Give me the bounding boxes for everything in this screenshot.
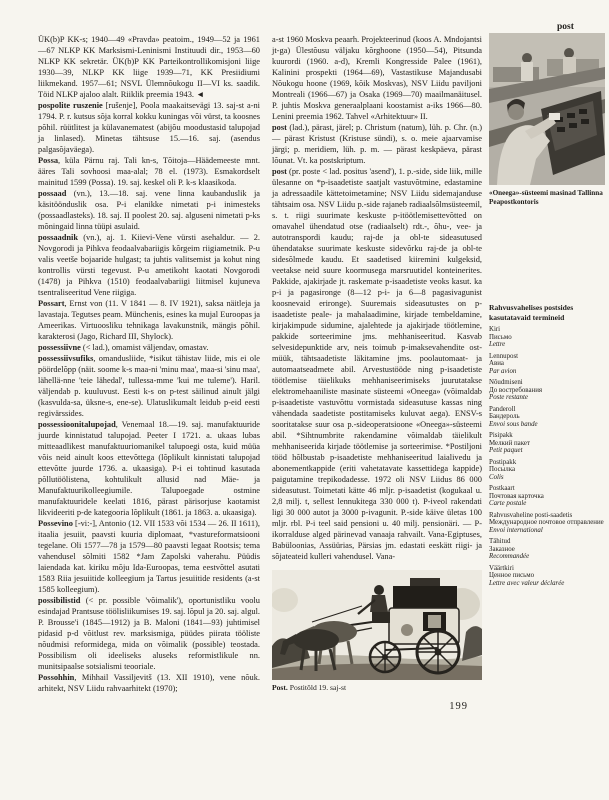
term-french: Envoi international: [489, 527, 605, 535]
term-french: Recommandée: [489, 553, 605, 561]
term-estonian: Lennupost: [489, 353, 605, 361]
term-estonian: Postkaart: [489, 485, 605, 493]
entry-headword: Possohhin: [38, 673, 74, 682]
encyclopedia-page: post ÜK(b)P KK-s; 1940—49 «Pravda» peato…: [0, 0, 609, 800]
entry-text: , omandusliide, *isikut tähistav liide, …: [38, 354, 260, 418]
dictionary-entry: possaad (vn.), 13.—18. saj. vene linna k…: [38, 188, 260, 232]
term-group: Pisipakk Мелкий пакет Petit paquet: [489, 432, 605, 455]
term-estonian: Rahvusvaheline posti-saadetis: [489, 512, 605, 520]
term-french: Poste restante: [489, 394, 605, 402]
entry-text: (< pr. possible 'võimalik'), oportunistl…: [38, 596, 260, 671]
term-french: Petit paquet: [489, 447, 605, 455]
dictionary-entry: possessiivne (< lad.), omamist väljendav…: [38, 342, 260, 353]
middle-column: a-st 1960 Moskva peaarh. Projekteerinud …: [272, 34, 482, 712]
term-russian: Авиа: [489, 360, 605, 368]
dictionary-entry: possessiivsufiks, omandusliide, *isikut …: [38, 353, 260, 419]
term-group: Kiri Письмо Lettre: [489, 326, 605, 349]
entry-text: (vn.), aj. 1. Kiievi-Vene vürsti asehald…: [38, 233, 260, 297]
term-estonian: Pisipakk: [489, 432, 605, 440]
term-group: Väärtkiri Ценное письмо Lettre avec vale…: [489, 565, 605, 588]
sidebar: «Oneega»-süsteemi masinad Tallinna Peapo…: [489, 33, 605, 587]
page-number: 199: [272, 701, 482, 712]
term-russian: Заказное: [489, 546, 605, 554]
entry-text: , Venemaal 18.—19. saj. manufaktuuride j…: [38, 420, 260, 517]
entry-headword: possaad: [38, 189, 66, 198]
dictionary-entry: possibilistid (< pr. possible 'võimalik'…: [38, 595, 260, 672]
term-russian: Письмо: [489, 334, 605, 342]
photo-caption-carriage: Post. Postitõld 19. saj-st: [272, 683, 482, 692]
entry-text: (< lad.), omamist väljendav, omastav.: [81, 343, 209, 352]
entry-headword: possessiivsufiks: [38, 354, 93, 363]
running-head: post: [557, 22, 574, 32]
caption-text: Postitõld 19. saj-st: [288, 683, 346, 692]
entry-headword: Possart: [38, 299, 65, 308]
entry-headword: possessioonitalupojad: [38, 420, 116, 429]
dictionary-entry: post (pr. poste < lad. positus 'asend'),…: [272, 166, 482, 562]
entry-headword: Possa: [38, 156, 58, 165]
caption-lead: Post.: [272, 683, 288, 692]
dictionary-entry: a-st 1960 Moskva peaarh. Projekteerinud …: [272, 34, 482, 122]
term-russian: Бандероль: [489, 413, 605, 421]
dictionary-entry: Possa, küla Pärnu raj. Tali kn-s, Tõitoj…: [38, 155, 260, 188]
entry-headword: Possevino: [38, 519, 73, 528]
entry-headword: possessiivne: [38, 343, 81, 352]
photo-caption-machines: «Oneega»-süsteemi masinad Tallinna Peapo…: [489, 189, 605, 207]
dictionary-entry: possaadnik (vn.), aj. 1. Kiievi-Vene vür…: [38, 232, 260, 298]
term-estonian: Nõudmiseni: [489, 379, 605, 387]
entry-text: , Ernst von (11. V 1841 — 8. IV 1921), s…: [38, 299, 260, 341]
term-estonian: Postipakk: [489, 459, 605, 467]
term-estonian: Väärtkiri: [489, 565, 605, 573]
left-column: ÜK(b)P KK-s; 1940—49 «Pravda» peatoim., …: [38, 34, 260, 694]
dictionary-entry: Possohhin, Mihhail Vassiljevitš (13. XII…: [38, 672, 260, 694]
dictionary-entry: possessioonitalupojad, Venemaal 18.—19. …: [38, 419, 260, 518]
entry-headword: pospolite ruszenie: [38, 101, 103, 110]
dictionary-entry: pospolite ruszenie [rušenje], Poola maak…: [38, 100, 260, 155]
term-estonian: Panderoll: [489, 406, 605, 414]
entry-headword: possaadnik: [38, 233, 78, 242]
entry-text: a-st 1960 Moskva peaarh. Projekteerinud …: [272, 35, 482, 121]
term-russian: До востребования: [489, 387, 605, 395]
entry-text: [-vi:-], Antonio (12. VII 1533 või 1534 …: [38, 519, 260, 594]
entry-headword: possibilistid: [38, 596, 80, 605]
dictionary-entry: ÜK(b)P KK-s; 1940—49 «Pravda» peatoim., …: [38, 34, 260, 100]
term-estonian: Kiri: [489, 326, 605, 334]
term-french: Carte postale: [489, 500, 605, 508]
term-french: Colis: [489, 474, 605, 482]
postal-carriage-photo: [272, 570, 482, 680]
postal-machines-photo: [489, 33, 605, 185]
term-russian: Посылка: [489, 466, 605, 474]
term-group: Lennupost Авиа Par avion: [489, 353, 605, 376]
entry-text: (vn.), 13.—18. saj. vene linna kaubandus…: [38, 189, 260, 231]
term-group: Rahvusvaheline posti-saadetis Международ…: [489, 512, 605, 535]
term-group: Postipakk Посылка Colis: [489, 459, 605, 482]
term-french: Lettre: [489, 341, 605, 349]
terms-table-title: Rahvusvahelises postsides kasutatavaid t…: [489, 303, 605, 322]
term-russian: Международное почтовое отправление: [489, 519, 605, 527]
term-french: Envoi sous bande: [489, 421, 605, 429]
term-group: Nõudmiseni До востребования Poste restan…: [489, 379, 605, 402]
entry-text: ÜK(b)P KK-s; 1940—49 «Pravda» peatoim., …: [38, 35, 260, 99]
term-group: Tähitud Заказное Recommandée: [489, 538, 605, 561]
dictionary-entry: post (lad.), pärast, järel; p. Christum …: [272, 122, 482, 166]
term-russian: Ценное письмо: [489, 572, 605, 580]
term-french: Lettre avec valeur déclarée: [489, 580, 605, 588]
entry-headword: post: [272, 123, 287, 132]
term-russian: Мелкий пакет: [489, 440, 605, 448]
term-estonian: Tähitud: [489, 538, 605, 546]
entry-headword: post: [272, 167, 287, 176]
dictionary-entry: Possart, Ernst von (11. V 1841 — 8. IV 1…: [38, 298, 260, 342]
term-french: Par avion: [489, 368, 605, 376]
term-group: Postkaart Почтовая карточка Carte postal…: [489, 485, 605, 508]
term-russian: Почтовая карточка: [489, 493, 605, 501]
entry-text: , küla Pärnu raj. Tali kn-s, Tõitoja—Hää…: [38, 156, 260, 187]
entry-text: (pr. poste < lad. positus 'asend'), 1. p…: [272, 167, 482, 561]
entry-text: (lad.), pärast, järel; p. Christum (natu…: [272, 123, 482, 165]
dictionary-entry: Possevino [-vi:-], Antonio (12. VII 1533…: [38, 518, 260, 595]
term-group: Panderoll Бандероль Envoi sous bande: [489, 406, 605, 429]
